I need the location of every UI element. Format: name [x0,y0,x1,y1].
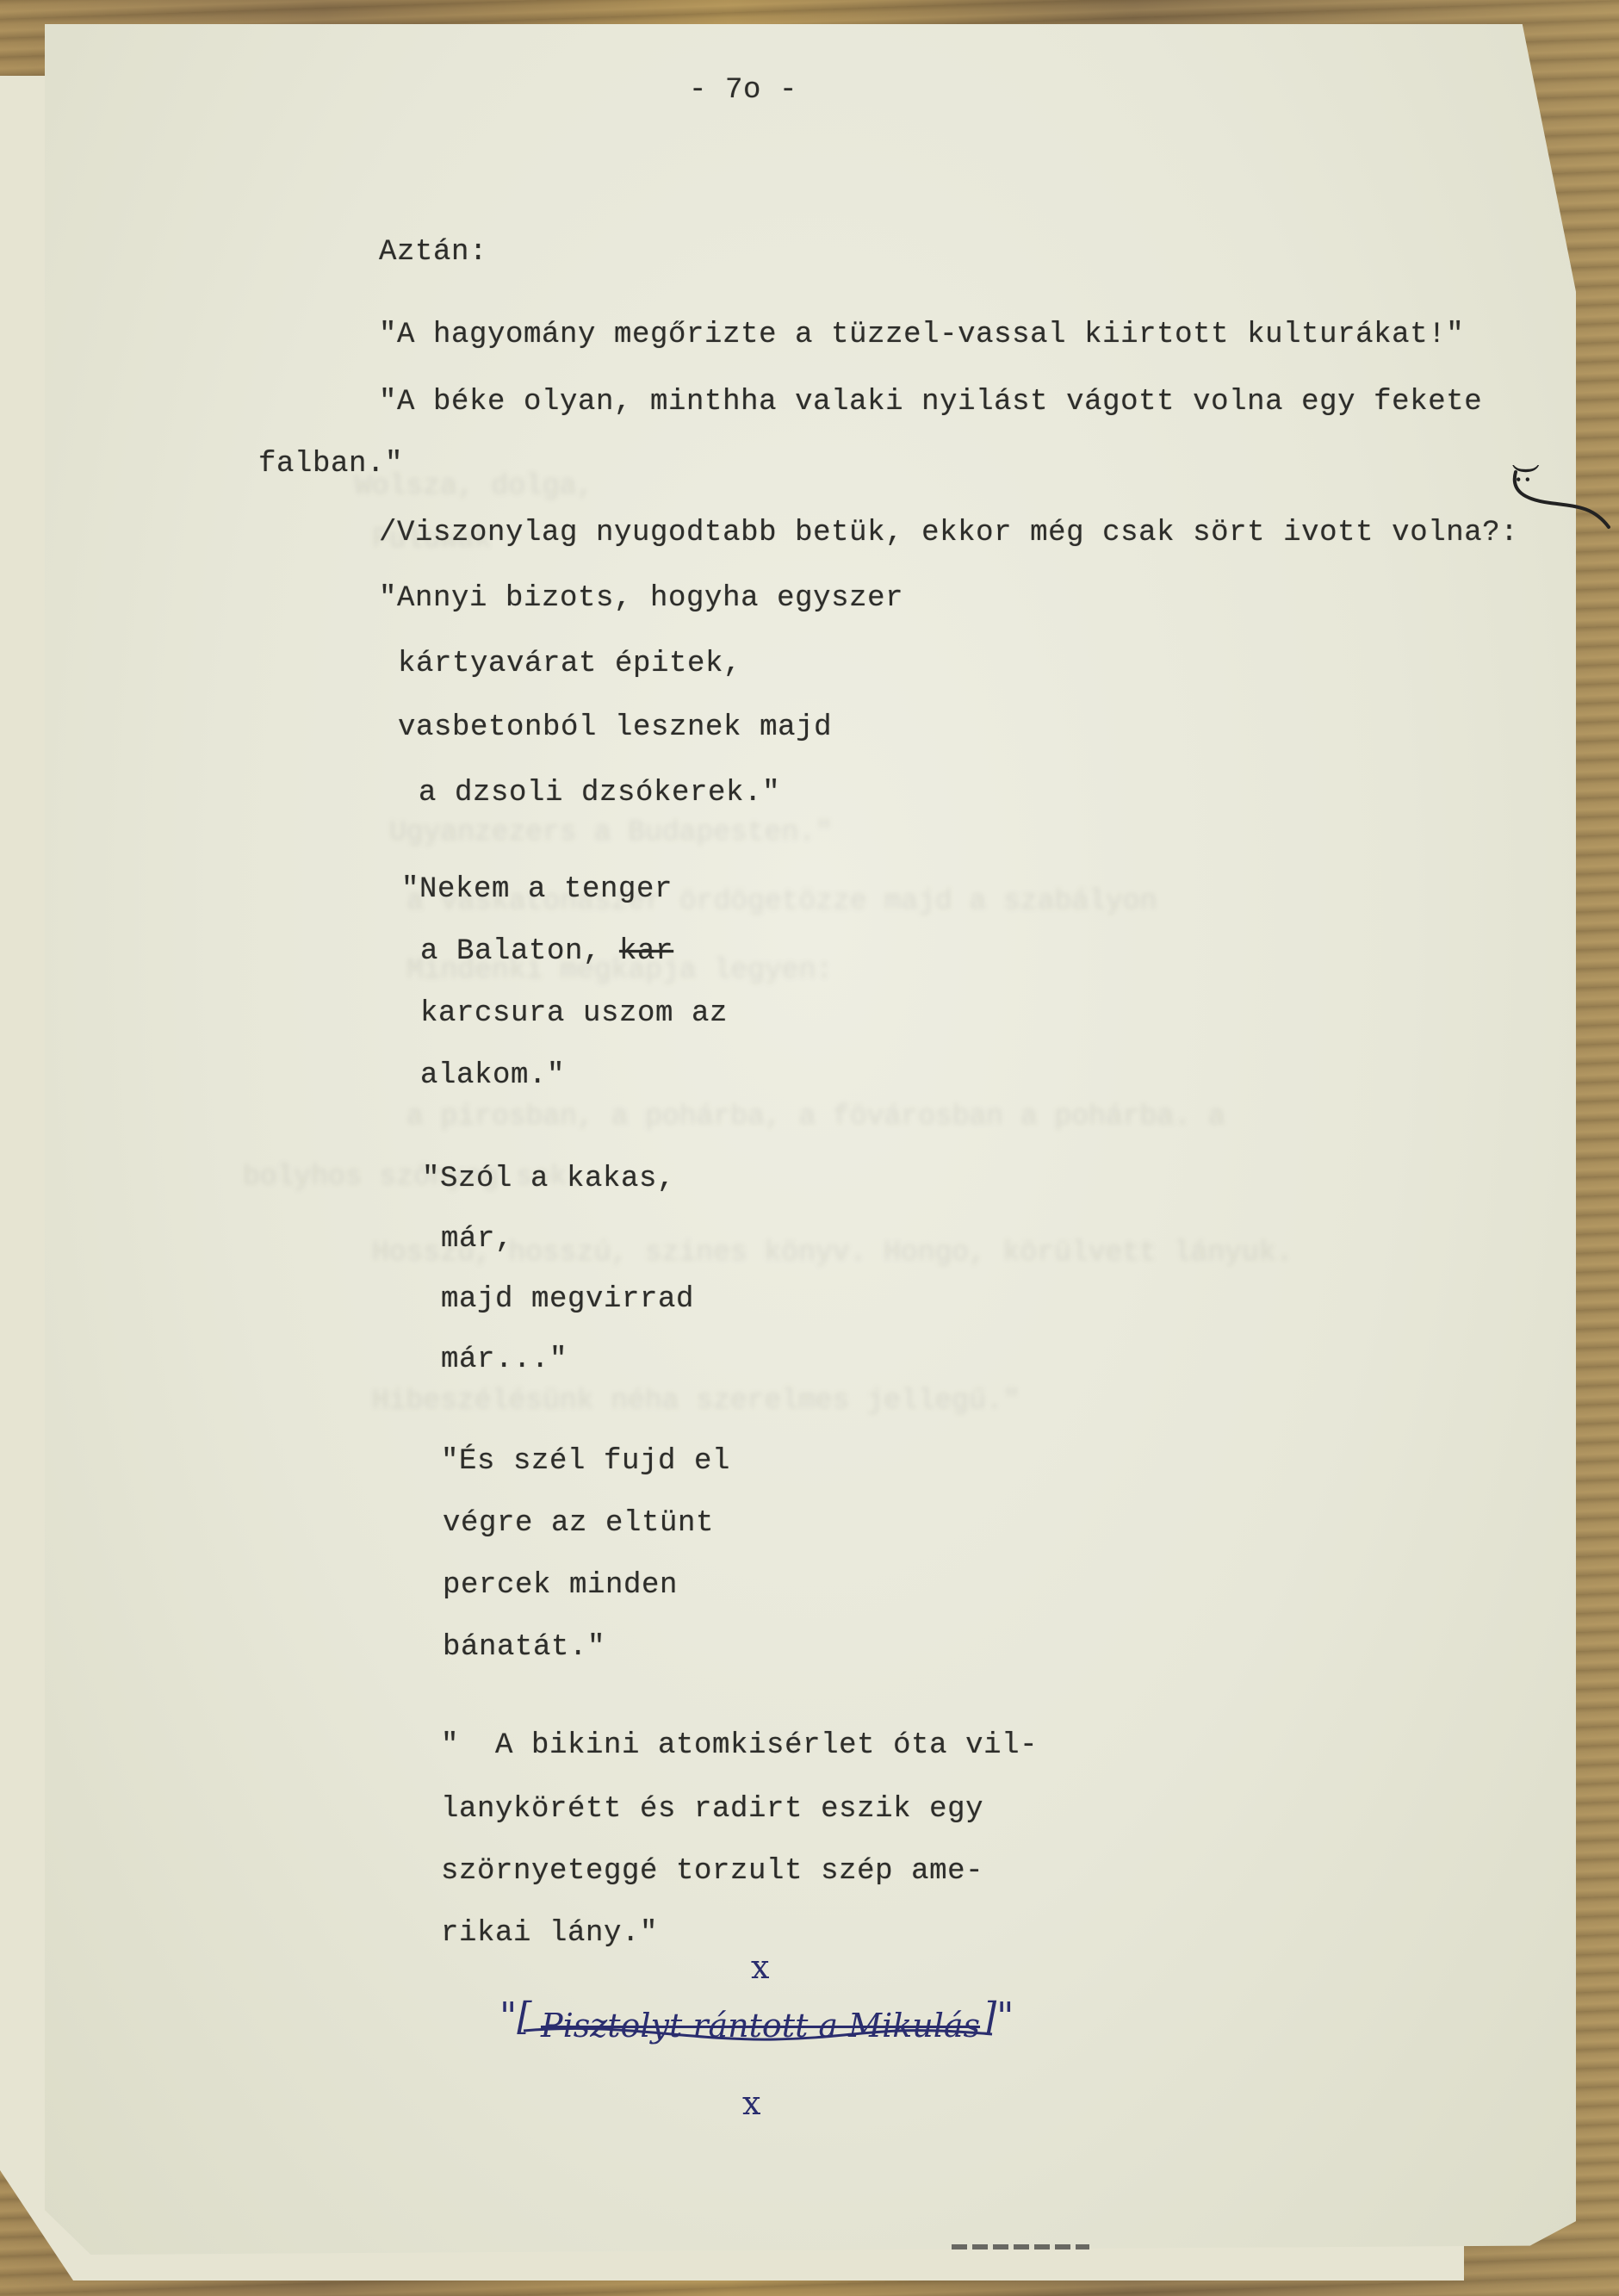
poem-rooster-line: majd megvirrad [441,1283,694,1316]
cross-mark-bottom: x [742,2084,760,2122]
poem-sea-line: karcsura uszom az [420,997,728,1030]
poem-wind-line: percek minden [443,1569,678,1602]
poem-rooster-line: "Szól a kakas, [422,1163,675,1195]
editor-comment: /Viszonylag nyugodtabb betük, ekkor még … [379,517,1518,549]
wavy-strikethrough-icon [517,2015,999,2050]
typewritten-page: Wolsza, dolga, Fuluwak Ugyanzezers a Bud… [45,24,1576,2255]
poem-wind-line: bánatát." [443,1631,605,1664]
poem-sea-line: "Nekem a tenger [401,873,673,906]
poem-bikini-line: rikai lány." [441,1917,658,1950]
underlying-sheet-text-fragment [952,2244,1089,2249]
poem-wind-line: "És szél fujd el [441,1445,730,1478]
poem-rooster-line: már, [441,1223,513,1256]
struck-typo: kar [619,935,673,968]
poem-cards-line: vasbetonból lesznek majd [398,711,832,744]
poem-sea-line: a Balaton, kar [420,935,673,968]
poem-cards-line: kártyavárat épitek, [398,648,741,680]
poem-rooster-line: már..." [441,1343,568,1376]
poem-cards-line: "Annyi bizots, hogyha egyszer [379,582,903,615]
bleed-through-text: Ugyanzezers a Budapesten." [389,816,833,848]
poem-bikini-line: " A bikini atomkisérlet óta vil- [441,1729,1038,1762]
editor-comment-text: /Viszonylag nyugodtabb betük, ekkor még … [379,517,1500,549]
poem-cards-line: a dzsoli dzsókerek." [419,777,780,810]
intro-label: Aztán: [379,236,487,269]
page-number: - 7o - [689,74,797,107]
poem-bikini-line: szörnyeteggé torzult szép ame- [441,1855,983,1888]
margin-squiggle-icon [1507,465,1619,534]
poem-sea-line: alakom." [420,1059,565,1092]
quote-peace-line: "A béke olyan, minthha valaki nyilást vá… [379,386,1482,419]
bleed-through-text: a pirosban, a pohárba, a fövárosban a po… [406,1101,1225,1132]
poem-sea-text: a Balaton, [420,935,619,968]
bleed-through-text: Hibeszélésünk néha szerelmes jellegű." [372,1385,1020,1417]
cross-mark-top: x [751,1948,769,1986]
poem-wind-line: végre az eltünt [443,1507,714,1540]
quote-peace-line: falban." [258,448,403,481]
quote-tradition: "A hagyomány megőrizte a tüzzel-vassal k… [379,319,1464,351]
poem-bikini-line: lanykörétt és radirt eszik egy [441,1793,983,1826]
